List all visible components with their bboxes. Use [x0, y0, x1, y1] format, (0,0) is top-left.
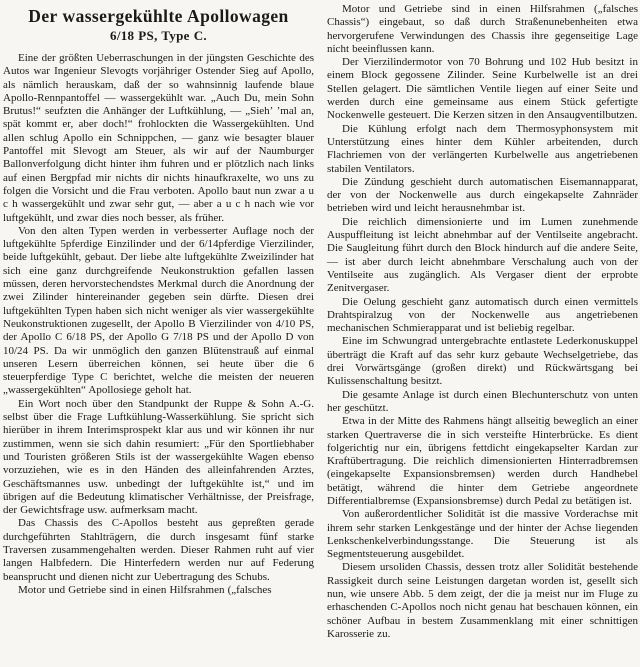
paragraph-oelung: Die Oelung geschieht ganz automatisch du… — [327, 296, 638, 336]
article-subtitle: 6/18 PS, Type C. — [3, 28, 314, 44]
paragraph-vorderachse: Von außerordentlicher Solidität ist die … — [327, 508, 638, 561]
paragraph-chassis: Das Chassis des C-Apollos besteht aus ge… — [3, 517, 314, 583]
paragraph-hinterbruecke: Etwa in der Mitte des Rahmens hängt alls… — [327, 415, 638, 508]
paragraph-auspuff: Die reichlich dimensionierte und im Lume… — [327, 216, 638, 296]
paragraph-kuehlung: Die Kühlung erfolgt nach dem Thermosypho… — [327, 123, 638, 176]
paragraph-intro: Eine der größten Ueberraschungen in der … — [3, 52, 314, 225]
paragraph-blechunterschutz: Die gesamte Anlage ist durch einen Blech… — [327, 389, 638, 416]
paragraph-vierzilindermotor: Der Vierzilindermotor von 70 Bohrung und… — [327, 56, 638, 122]
paragraph-hilfsrahmen: Motor und Getriebe sind in einen Hilfsra… — [327, 3, 638, 56]
left-column: Der wassergekühlte Apollowagen 6/18 PS, … — [3, 3, 314, 667]
paragraph-zuendung: Die Zündung geschieht durch automatische… — [327, 176, 638, 216]
paragraph-types: Von den alten Typen werden in verbessert… — [3, 225, 314, 398]
paragraph-kupplung: Eine im Schwungrad untergebrachte entlas… — [327, 335, 638, 388]
paragraph-standpunkt: Ein Wort noch über den Standpunkt der Ru… — [3, 398, 314, 518]
article-title: Der wassergekühlte Apollowagen — [3, 6, 314, 27]
paragraph-motor-catchline: Motor und Getriebe sind in einen Hilfsra… — [3, 584, 314, 597]
paragraph-karosserie: Diesem ursoliden Chassis, dessen trotz a… — [327, 561, 638, 641]
article-page: Der wassergekühlte Apollowagen 6/18 PS, … — [0, 0, 640, 667]
right-column: Motor und Getriebe sind in einen Hilfsra… — [327, 3, 638, 667]
